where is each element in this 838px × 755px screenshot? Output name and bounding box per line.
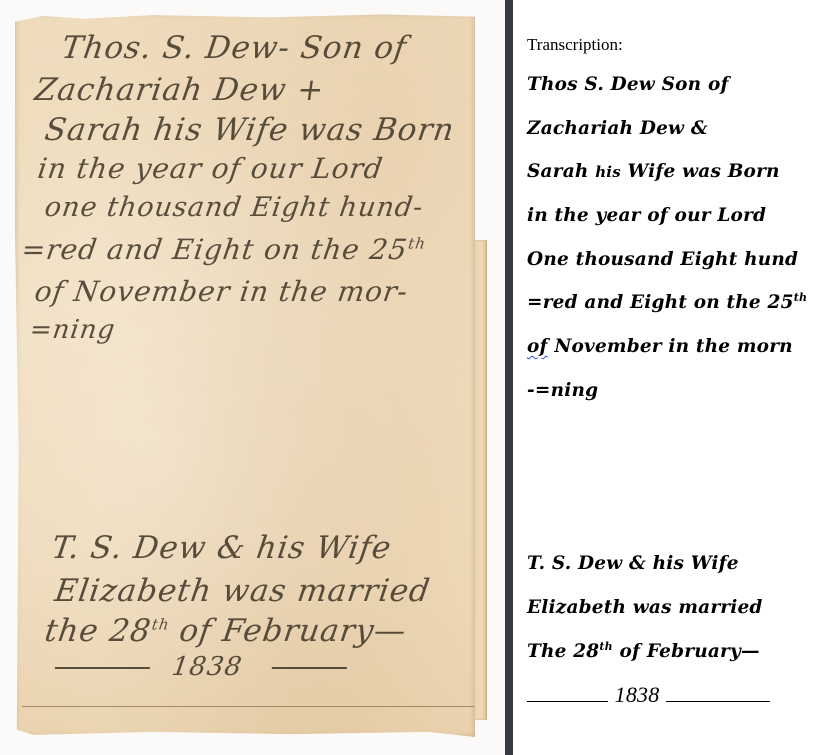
blank-line-right bbox=[666, 685, 770, 702]
handwritten-marriage-line-3: the 28th of February— bbox=[42, 613, 408, 649]
spellcheck-flagged-word[interactable]: of bbox=[527, 336, 548, 357]
transcript-line-2: Zachariah Dew & bbox=[527, 118, 708, 139]
document-scan-panel: Thos. S. Dew- Son of Zachariah Dew + Sar… bbox=[0, 0, 505, 755]
paper-fold-line bbox=[22, 706, 474, 707]
transcript-line-4: in the year of our Lord bbox=[527, 205, 766, 226]
transcription-panel: Transcription: Thos S. Dew Son of Zachar… bbox=[527, 0, 827, 755]
transcript-marriage-year-line: 1838 bbox=[527, 682, 770, 708]
handwritten-line-2: Zachariah Dew + bbox=[32, 72, 326, 108]
transcript-line-6: =red and Eight on the 25th bbox=[527, 292, 807, 313]
transcript-line-3: Sarah his Wife was Born bbox=[527, 161, 780, 182]
transcript-marriage-line-3: The 28th of February— bbox=[527, 641, 760, 662]
transcript-marriage-line-2: Elizabeth was married bbox=[527, 597, 763, 618]
handwritten-line-8: =ning bbox=[28, 315, 117, 345]
transcript-line-8: -=ning bbox=[527, 380, 598, 401]
handwritten-line-6: =red and Eight on the 25th bbox=[20, 233, 428, 266]
transcript-marriage-line-1: T. S. Dew & his Wife bbox=[527, 553, 739, 574]
transcription-heading: Transcription: bbox=[527, 35, 623, 55]
handwritten-marriage-line-1: T. S. Dew & his Wife bbox=[49, 530, 393, 566]
handwritten-line-1: Thos. S. Dew- Son of bbox=[59, 30, 409, 66]
transcript-line-1: Thos S. Dew Son of bbox=[527, 74, 729, 95]
handwritten-line-7: of November in the mor- bbox=[33, 275, 411, 308]
handwritten-line-3: Sarah his Wife was Born bbox=[42, 112, 456, 148]
blank-line-left bbox=[527, 685, 608, 702]
handwritten-marriage-year: 1838 bbox=[53, 652, 349, 682]
handwritten-line-4: in the year of our Lord bbox=[36, 152, 386, 185]
panel-divider bbox=[505, 0, 513, 755]
handwritten-line-5: one thousand Eight hund- bbox=[43, 192, 426, 223]
handwritten-marriage-line-2: Elizabeth was married bbox=[52, 573, 432, 609]
transcript-line-7: of November in the morn bbox=[527, 336, 793, 357]
transcript-line-5: One thousand Eight hund bbox=[527, 249, 798, 270]
